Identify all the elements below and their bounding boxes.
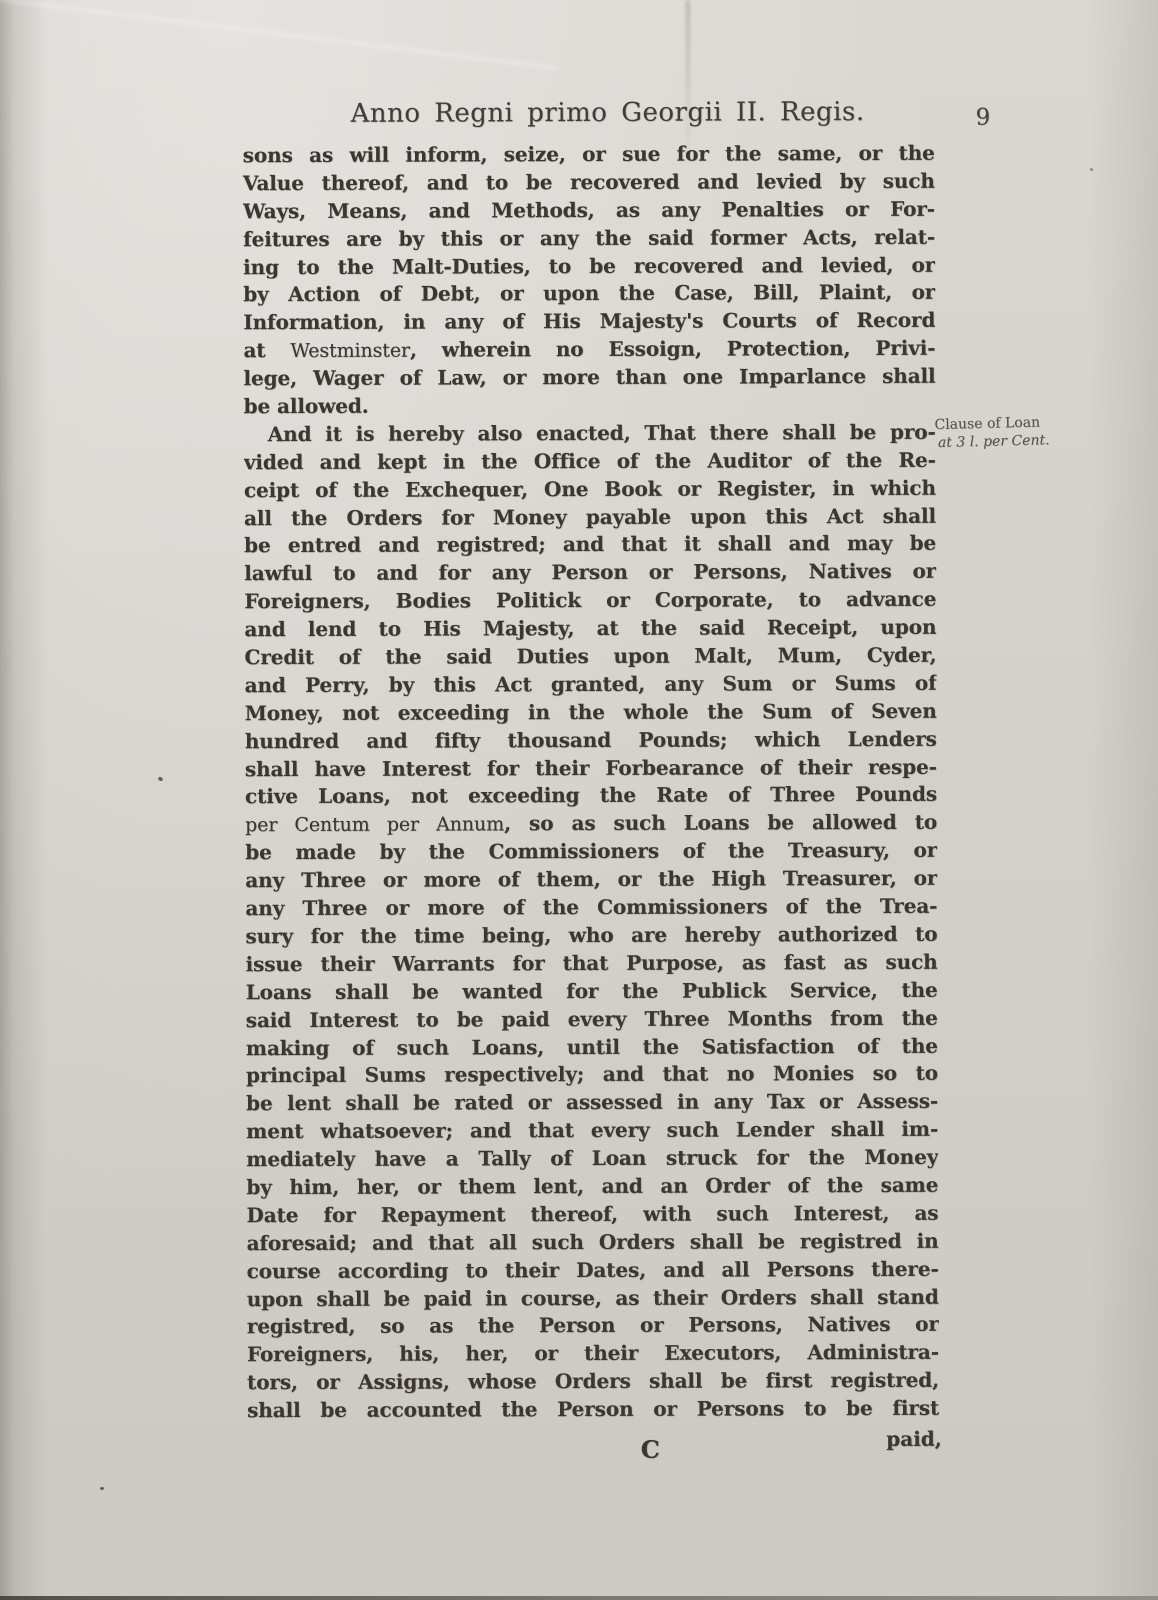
text-segment: ctive Loans, not exceeding the Rate of T… bbox=[245, 782, 937, 808]
text-segment: shall have Interest for their Forbearanc… bbox=[245, 754, 937, 780]
text-segment: said Interest to be paid every Three Mon… bbox=[246, 1005, 938, 1031]
text-segment: lege, Wager of Law, or more than one Imp… bbox=[243, 364, 935, 390]
text-line: making of such Loans, until the Satisfac… bbox=[246, 1033, 938, 1063]
text-line: any Three or more of the Commissioners o… bbox=[245, 894, 937, 924]
text-line: Date for Repayment thereof, with such In… bbox=[246, 1201, 938, 1231]
text-line: tors, or Assigns, whose Orders shall be … bbox=[247, 1368, 939, 1398]
text-line: all the Orders for Money payable upon th… bbox=[244, 503, 936, 533]
text-line: be lent shall be rated or assessed in an… bbox=[246, 1089, 938, 1119]
text-line: ment whatsoever; and that every such Len… bbox=[246, 1117, 938, 1147]
margin-note-line: at 3 l. per Cent. bbox=[935, 431, 1065, 452]
text-line: ctive Loans, not exceeding the Rate of T… bbox=[245, 782, 937, 812]
text-segment: Foreigners, his, her, or their Executors… bbox=[247, 1340, 939, 1366]
text-segment: by Action of Debt, or upon the Case, Bil… bbox=[243, 280, 935, 306]
scanned-document-page: { "document": { "colors": { "paper": "#d… bbox=[0, 0, 1158, 1600]
text-segment: any Three or more of them, or the High T… bbox=[245, 866, 937, 892]
text-segment: ment whatsoever; and that every such Len… bbox=[246, 1117, 938, 1143]
text-segment: Information, in any of His Majesty's Cou… bbox=[243, 308, 935, 334]
text-segment: making of such Loans, until the Satisfac… bbox=[246, 1033, 938, 1059]
text-line: vided and kept in the Office of the Audi… bbox=[244, 448, 936, 478]
text-segment: Credit of the said Duties upon Malt, Mum… bbox=[244, 643, 936, 669]
text-line: Ways, Means, and Methods, as any Penalti… bbox=[243, 197, 935, 227]
text-segment: , so as such Loans be allowed to bbox=[504, 810, 937, 836]
text-segment: sury for the time being, who are hereby … bbox=[245, 922, 937, 948]
text-line: shall have Interest for their Forbearanc… bbox=[245, 754, 937, 784]
text-line: lege, Wager of Law, or more than one Imp… bbox=[243, 364, 935, 394]
text-segment: Money, not exceeding in the whole the Su… bbox=[245, 699, 937, 725]
page-content: Anno Regni primo Georgii II. Regis. 9 Cl… bbox=[0, 0, 1158, 1600]
text-segment: be lent shall be rated or assessed in an… bbox=[246, 1089, 938, 1115]
text-segment: principal Sums respectively; and that no… bbox=[246, 1061, 938, 1087]
text-segment: ing to the Malt-Duties, to be recovered … bbox=[243, 252, 935, 278]
text-line: at Westminster, wherein no Essoign, Prot… bbox=[243, 336, 935, 366]
text-segment: Westminster bbox=[290, 340, 410, 362]
text-segment: by him, her, or them lent, and an Order … bbox=[246, 1173, 938, 1199]
text-segment: and lend to His Majesty, at the said Rec… bbox=[244, 615, 936, 641]
text-line: Credit of the said Duties upon Malt, Mum… bbox=[244, 643, 936, 673]
text-line: sons as will inform, seize, or sue for t… bbox=[243, 141, 935, 171]
text-line: aforesaid; and that all such Orders shal… bbox=[247, 1228, 939, 1258]
text-line: said Interest to be paid every Three Mon… bbox=[246, 1005, 938, 1035]
text-line: any Three or more of them, or the High T… bbox=[245, 866, 937, 896]
text-line: Foreigners, his, her, or their Executors… bbox=[247, 1340, 939, 1370]
text-segment: shall be accounted the Person or Persons… bbox=[247, 1396, 939, 1422]
text-segment: upon shall be paid in course, as their O… bbox=[247, 1284, 939, 1310]
text-line: principal Sums respectively; and that no… bbox=[246, 1061, 938, 1091]
running-header-title: Anno Regni primo Georgii II. Regis. bbox=[258, 97, 958, 129]
ink-speck bbox=[100, 1487, 104, 1490]
text-line: be allowed. bbox=[244, 392, 936, 422]
text-segment: be made by the Commissioners of the Trea… bbox=[245, 838, 937, 864]
text-segment: issue their Warrants for that Purpose, a… bbox=[246, 950, 938, 976]
text-segment: any Three or more of the Commissioners o… bbox=[245, 894, 937, 920]
text-segment: , wherein no Essoign, Protection, Privi- bbox=[410, 336, 936, 362]
text-segment: be allowed. bbox=[244, 394, 369, 418]
text-line: course according to their Dates, and all… bbox=[247, 1256, 939, 1286]
text-line: Loans shall be wanted for the Publick Se… bbox=[246, 977, 938, 1007]
page-number: 9 bbox=[976, 105, 991, 131]
text-segment: aforesaid; and that all such Orders shal… bbox=[247, 1228, 939, 1254]
text-segment: ceipt of the Exchequer, One Book or Regi… bbox=[244, 475, 936, 501]
text-line: upon shall be paid in course, as their O… bbox=[247, 1284, 939, 1314]
text-line: by Action of Debt, or upon the Case, Bil… bbox=[243, 280, 935, 310]
ink-speck bbox=[1090, 168, 1093, 171]
text-line: and lend to His Majesty, at the said Rec… bbox=[244, 615, 936, 645]
text-line: lawful to and for any Person or Persons,… bbox=[244, 559, 936, 589]
text-segment: registred, so as the Person or Persons, … bbox=[247, 1312, 939, 1338]
text-line: sury for the time being, who are hereby … bbox=[245, 922, 937, 952]
text-line: be made by the Commissioners of the Trea… bbox=[245, 838, 937, 868]
text-line: per Centum per Annum, so as such Loans b… bbox=[245, 810, 937, 840]
text-segment: And it is hereby also enacted, That ther… bbox=[268, 420, 936, 446]
body-text-block: sons as will inform, seize, or sue for t… bbox=[243, 141, 939, 1426]
text-segment: hundred and fifty thousand Pounds; which… bbox=[245, 726, 937, 752]
text-line: And it is hereby also enacted, That ther… bbox=[244, 420, 936, 450]
text-line: by him, her, or them lent, and an Order … bbox=[246, 1173, 938, 1203]
text-segment: lawful to and for any Person or Persons,… bbox=[244, 559, 936, 585]
text-segment: all the Orders for Money payable upon th… bbox=[244, 503, 936, 529]
text-line: Foreigners, Bodies Politick or Corporate… bbox=[244, 587, 936, 617]
text-segment: vided and kept in the Office of the Audi… bbox=[244, 448, 936, 474]
text-line: ing to the Malt-Duties, to be recovered … bbox=[243, 252, 935, 282]
text-line: registred, so as the Person or Persons, … bbox=[247, 1312, 939, 1342]
text-line: Value thereof, and to be recovered and l… bbox=[243, 169, 935, 199]
text-segment: and Perry, by this Act granted, any Sum … bbox=[245, 671, 937, 697]
text-segment: feitures are by this or any the said for… bbox=[243, 224, 935, 250]
text-line: shall be accounted the Person or Persons… bbox=[247, 1396, 939, 1426]
text-line: Money, not exceeding in the whole the Su… bbox=[245, 699, 937, 729]
text-line: ceipt of the Exchequer, One Book or Regi… bbox=[244, 475, 936, 505]
page-bottom-edge-shadow bbox=[0, 1596, 1158, 1600]
text-segment: course according to their Dates, and all… bbox=[247, 1256, 939, 1282]
text-segment: mediately have a Tally of Loan struck fo… bbox=[246, 1145, 938, 1171]
text-line: Information, in any of His Majesty's Cou… bbox=[243, 308, 935, 338]
text-segment: Ways, Means, and Methods, as any Penalti… bbox=[243, 197, 935, 223]
text-segment: sons as will inform, seize, or sue for t… bbox=[243, 141, 935, 167]
margin-note: Clause of Loan at 3 l. per Cent. bbox=[934, 414, 1065, 452]
text-segment: Foreigners, Bodies Politick or Corporate… bbox=[244, 587, 936, 613]
catchword: paid, bbox=[886, 1427, 942, 1451]
text-line: be entred and registred; and that it sha… bbox=[244, 531, 936, 561]
text-line: mediately have a Tally of Loan struck fo… bbox=[246, 1145, 938, 1175]
text-segment: Value thereof, and to be recovered and l… bbox=[243, 169, 935, 195]
text-line: issue their Warrants for that Purpose, a… bbox=[246, 950, 938, 980]
text-segment: Loans shall be wanted for the Publick Se… bbox=[246, 977, 938, 1003]
text-line: and Perry, by this Act granted, any Sum … bbox=[245, 671, 937, 701]
text-segment: be entred and registred; and that it sha… bbox=[244, 531, 936, 557]
text-segment: tors, or Assigns, whose Orders shall be … bbox=[247, 1368, 939, 1394]
text-line: hundred and fifty thousand Pounds; which… bbox=[245, 726, 937, 756]
text-segment: per Centum per Annum bbox=[245, 814, 504, 837]
text-segment: at bbox=[243, 338, 290, 362]
text-line: feitures are by this or any the said for… bbox=[243, 224, 935, 254]
text-segment: Date for Repayment thereof, with such In… bbox=[246, 1201, 938, 1227]
